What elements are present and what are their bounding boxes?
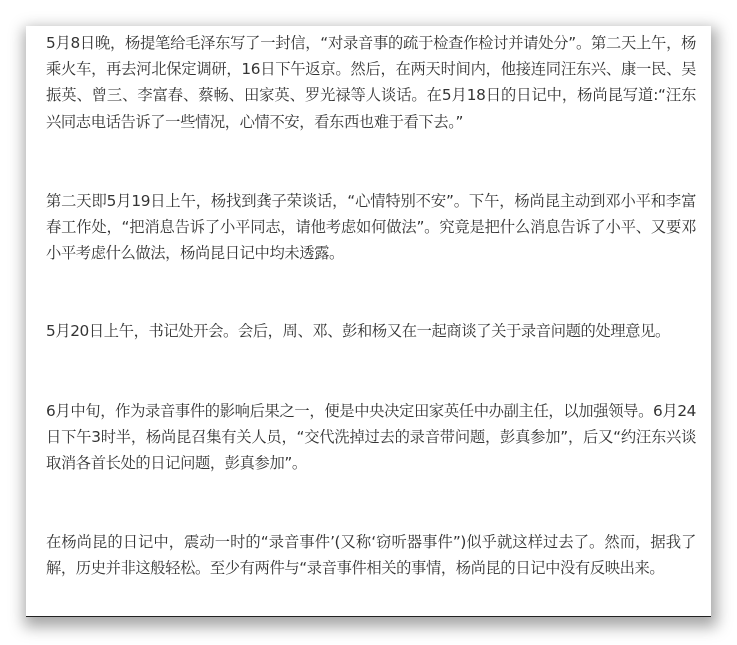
paragraph-may-19: 第二天即5月19日上午，杨找到龚子荣谈话，“心情特别不安”。下午，杨尚昆主动到邓… xyxy=(46,188,696,267)
paragraph-may-20: 5月20日上午，书记处开会。会后，周、邓、彭和杨又在一起商谈了关于录音问题的处理… xyxy=(46,318,696,344)
paragraph-spacer xyxy=(46,135,696,188)
paragraph-june: 6月中旬，作为录音事件的影响后果之一，便是中央决定田家英任中办副主任，以加强领导… xyxy=(46,398,696,477)
paragraph-may-8: 5月8日晚，杨提笔给毛泽东写了一封信，“对录音事的疏于检查作检讨并请处分”。第二… xyxy=(46,30,696,135)
paragraph-conclusion: 在杨尚昆的日记中，震动一时的“录音事件’(又称‘窃听器事件”)似乎就这样过去了。… xyxy=(46,529,696,581)
paragraph-spacer xyxy=(46,476,696,529)
article-content: 5月8日晚，杨提笔给毛泽东写了一封信，“对录音事的疏于检查作检讨并请处分”。第二… xyxy=(46,30,696,582)
article-panel: 5月8日晚，杨提笔给毛泽东写了一封信，“对录音事的疏于检查作检讨并请处分”。第二… xyxy=(26,26,711,617)
panel-bottom-edge xyxy=(26,613,711,616)
paragraph-spacer xyxy=(46,266,696,318)
paragraph-spacer xyxy=(46,345,696,398)
